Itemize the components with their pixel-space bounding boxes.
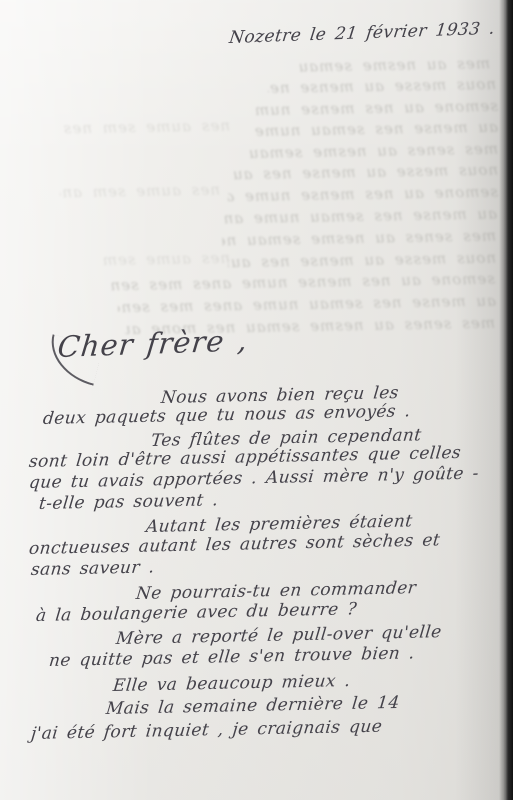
bleed-through-line: nes aume sem [100,249,230,269]
letter-line: Elle va beaucoup mieux . [112,671,351,696]
scan-edge-shading [455,0,505,800]
letter-line: à la boulangerie avec du beurre ? [35,599,358,626]
bleed-through-line: nes aume sem nes anes [60,117,230,138]
letter-line: ne quitte pas et elle s'en trouve bien . [48,643,416,671]
letter-line: sans saveur . [30,557,156,580]
bleed-through-line: au mense nes semau nume anes mes sene ne… [118,292,496,317]
bleed-through-line: semone au nes mense nume anes mes sene a… [110,270,495,295]
bleed-through-line: nes aume sem anes [60,181,220,202]
letter-salutation: Cher frère , [56,323,250,364]
letter-line: t-elle pas souvent . [38,490,219,514]
letter-line: onctueuses autant les autres sont sèches… [28,530,441,559]
letter-line: Mais la semaine dernière le 14 [105,693,401,719]
scanned-letter-page: mes au nesme semau nes mone nous messe a… [0,0,513,800]
letter-line: j'ai été fort inquiet , je craignais que [30,717,383,744]
letter-line: deux paquets que tu nous as envoyés . [42,401,412,429]
scan-edge [499,0,513,800]
